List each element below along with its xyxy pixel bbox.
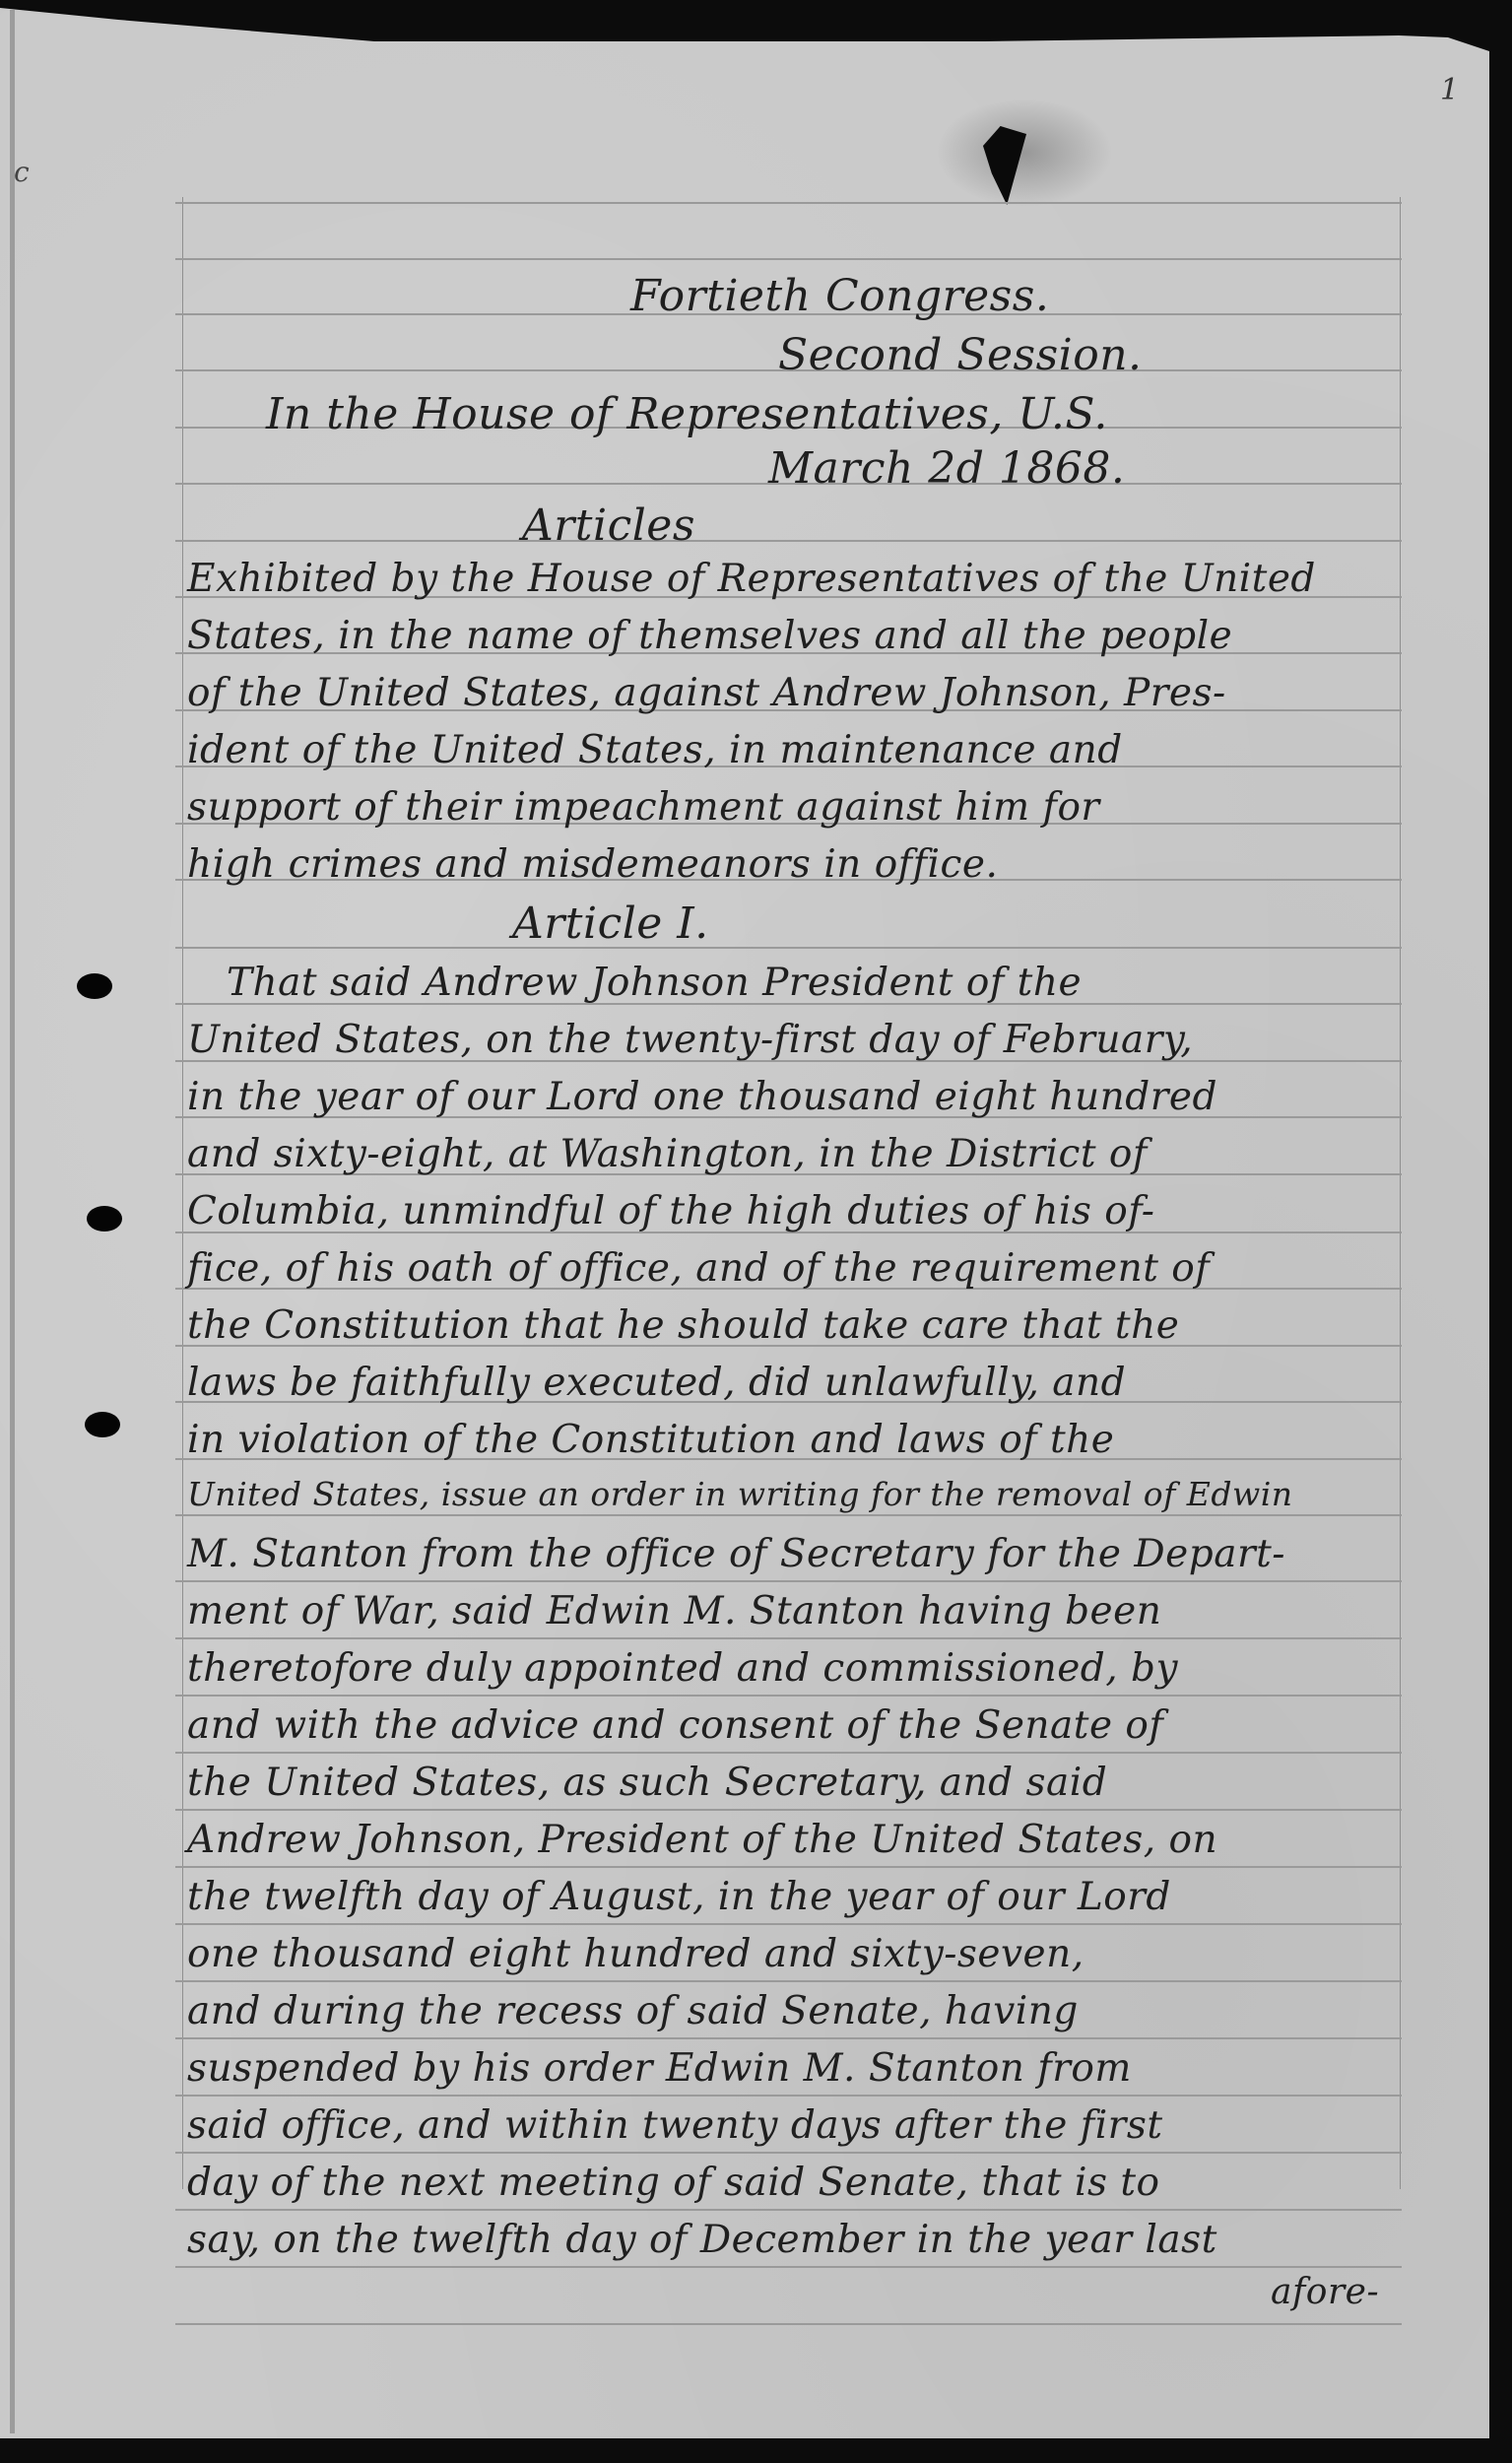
article-line: United States, on the twenty-first day o… [187, 1018, 1394, 1062]
article-heading: Article I. [512, 899, 709, 949]
rule-line [175, 1695, 1402, 1697]
house-heading: In the House of Representatives, U.S. [266, 389, 1108, 439]
rule-line [175, 947, 1402, 949]
article-line: in the year of our Lord one thousand eig… [187, 1075, 1394, 1119]
article-line: ment of War, said Edwin M. Stanton havin… [187, 1589, 1394, 1633]
article-line: suspended by his order Edwin M. Stanton … [187, 2046, 1394, 2091]
article-line: Columbia, unmindful of the high duties o… [187, 1189, 1394, 1233]
catchword: afore- [1271, 2272, 1379, 2312]
article-line: day of the next meeting of said Senate, … [187, 2161, 1394, 2205]
article-line: and during the recess of said Senate, ha… [187, 1989, 1394, 2033]
left-margin-line [182, 197, 183, 2189]
corner-mark: c [14, 156, 30, 188]
binding-edge [10, 10, 15, 2433]
session-heading: Second Session. [778, 330, 1143, 380]
rule-line [175, 1752, 1402, 1754]
ink-stain [936, 99, 1113, 207]
preamble-line: States, in the name of themselves and al… [187, 614, 1394, 658]
preamble-line: high crimes and misdemeanors in office. [187, 842, 1394, 887]
rule-line [175, 1980, 1402, 1982]
article-line: say, on the twelfth day of December in t… [187, 2218, 1394, 2262]
congress-heading: Fortieth Congress. [630, 271, 1049, 321]
article-line: theretofore duly appointed and commissio… [187, 1646, 1394, 1691]
rule-line [175, 1809, 1402, 1811]
article-line: fice, of his oath of office, and of the … [187, 1246, 1394, 1291]
preamble-line: support of their impeachment against him… [187, 785, 1394, 830]
punch-hole [85, 1412, 120, 1437]
article-line: one thousand eight hundred and sixty-sev… [187, 1932, 1394, 1976]
right-margin-line [1400, 197, 1401, 2189]
page-number: 1 [1440, 73, 1459, 107]
rule-line [175, 1580, 1402, 1582]
rule-line [175, 2323, 1402, 2325]
article-line: said office, and within twenty days afte… [187, 2103, 1394, 2148]
article-line: United States, issue an order in writing… [187, 1475, 1394, 1513]
manuscript-page: 1 c Fortieth Congress. Second Session. I… [0, 0, 1489, 2438]
articles-title: Articles [522, 500, 695, 551]
rule-line [175, 2266, 1402, 2268]
rule-line [175, 258, 1402, 260]
rule-line [175, 2095, 1402, 2097]
rule-line [175, 1866, 1402, 1868]
preamble-line: of the United States, against Andrew Joh… [187, 671, 1394, 715]
date-heading: March 2d 1868. [768, 443, 1125, 494]
article-line: M. Stanton from the office of Secretary … [187, 1532, 1394, 1576]
punch-hole [87, 1206, 122, 1231]
rule-line [175, 2209, 1402, 2211]
rule-line [175, 1637, 1402, 1639]
rule-line [175, 1514, 1402, 1516]
rule-line [175, 202, 1402, 204]
article-line: and sixty-eight, at Washington, in the D… [187, 1132, 1394, 1176]
article-line: laws be faithfully executed, did unlawfu… [187, 1361, 1394, 1405]
rule-line [175, 540, 1402, 542]
preamble-line: ident of the United States, in maintenan… [187, 728, 1394, 772]
article-line: in violation of the Constitution and law… [187, 1418, 1394, 1462]
rule-line [175, 2037, 1402, 2039]
article-line: the United States, as such Secretary, an… [187, 1761, 1394, 1805]
article-line: That said Andrew Johnson President of th… [227, 961, 1394, 1005]
article-line: Andrew Johnson, President of the United … [187, 1818, 1394, 1862]
rule-line [175, 1923, 1402, 1925]
punch-hole [77, 973, 112, 999]
rule-line [175, 2152, 1402, 2154]
article-line: the twelfth day of August, in the year o… [187, 1875, 1394, 1919]
preamble-line: Exhibited by the House of Representative… [187, 557, 1394, 601]
article-line: and with the advice and consent of the S… [187, 1703, 1394, 1748]
article-line: the Constitution that he should take car… [187, 1303, 1394, 1348]
